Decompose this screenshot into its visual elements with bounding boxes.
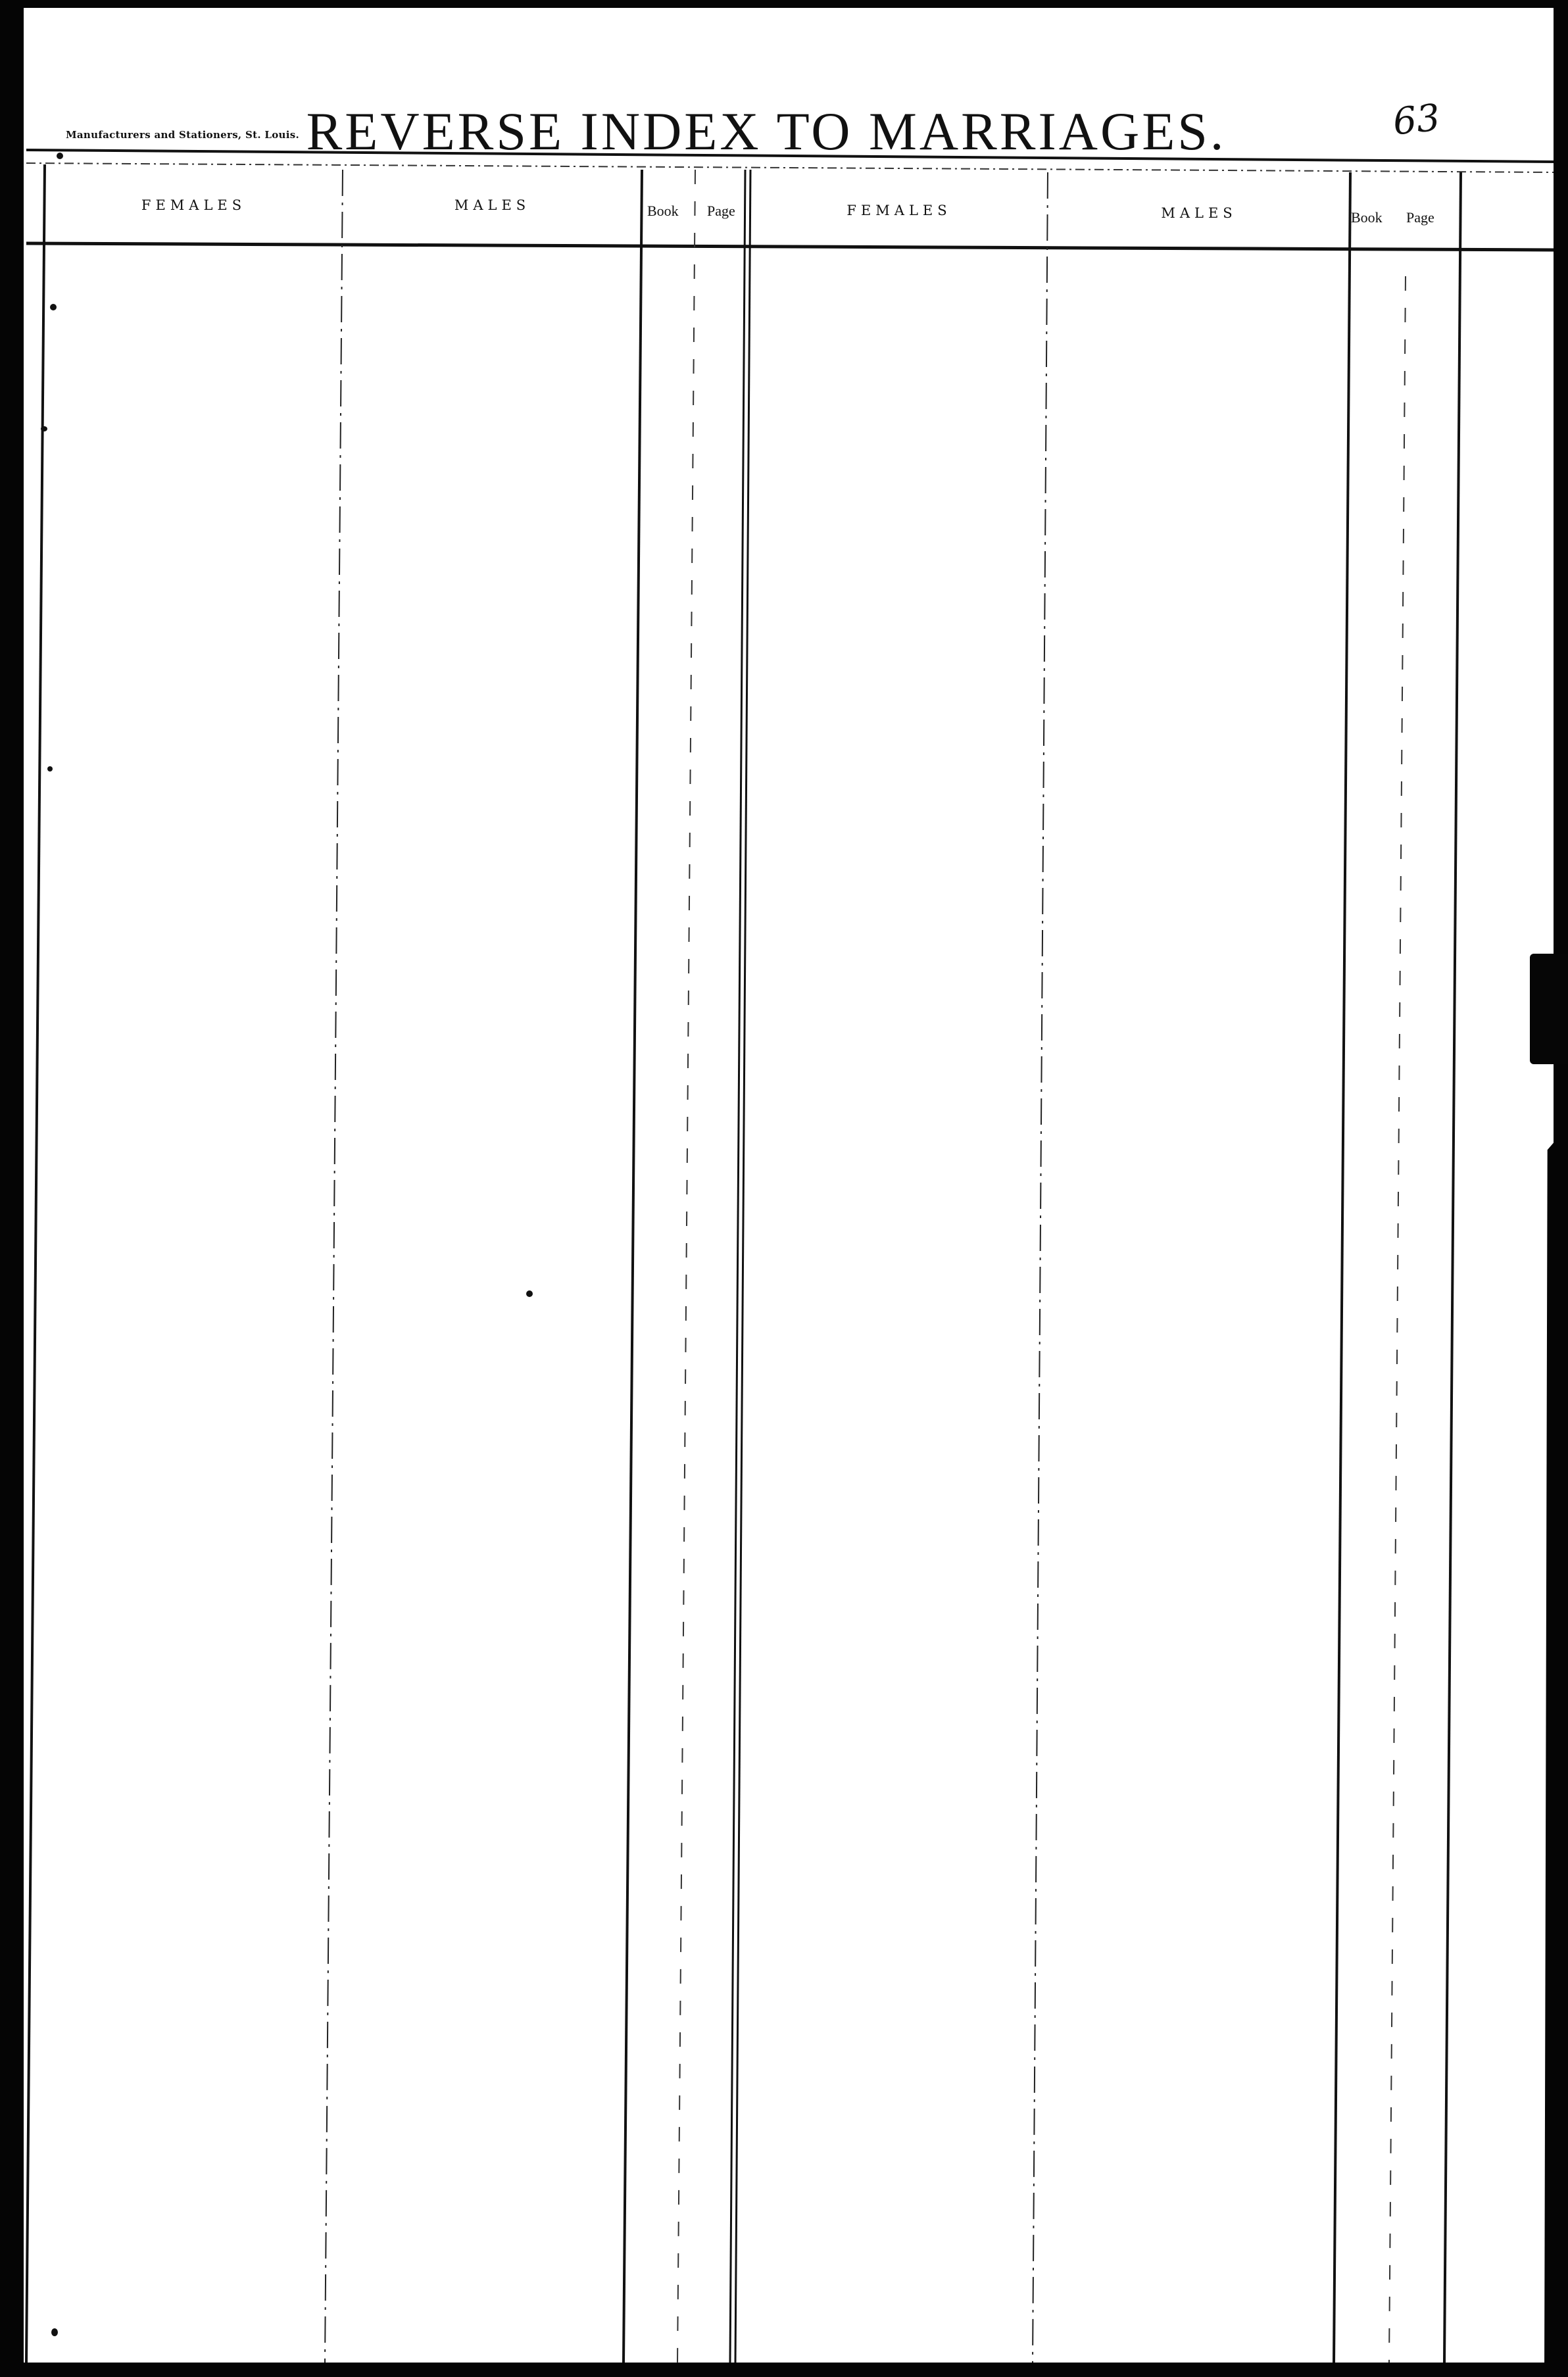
right-header-females: FEMALES bbox=[750, 203, 1048, 218]
left-header-book: Book bbox=[647, 203, 679, 220]
ink-mark bbox=[51, 2328, 58, 2336]
scan-bottom-border bbox=[0, 2363, 1568, 2377]
ledger-page bbox=[24, 8, 1554, 2363]
ink-mark bbox=[50, 304, 57, 310]
left-header-males: MALES bbox=[343, 197, 642, 213]
ink-mark bbox=[41, 426, 47, 431]
printer-imprint: Manufacturers and Stationers, St. Louis. bbox=[66, 129, 299, 141]
right-header-page: Page bbox=[1406, 209, 1434, 226]
left-header-page: Page bbox=[707, 203, 735, 220]
ink-mark bbox=[47, 766, 53, 772]
page-edge-tab bbox=[1530, 954, 1568, 1064]
handwritten-page-number: 63 bbox=[1391, 96, 1442, 143]
right-header-book: Book bbox=[1351, 209, 1383, 226]
right-header-males: MALES bbox=[1048, 205, 1350, 221]
left-header-females: FEMALES bbox=[45, 197, 343, 213]
ink-mark bbox=[526, 1290, 533, 1297]
ink-mark bbox=[57, 153, 63, 159]
